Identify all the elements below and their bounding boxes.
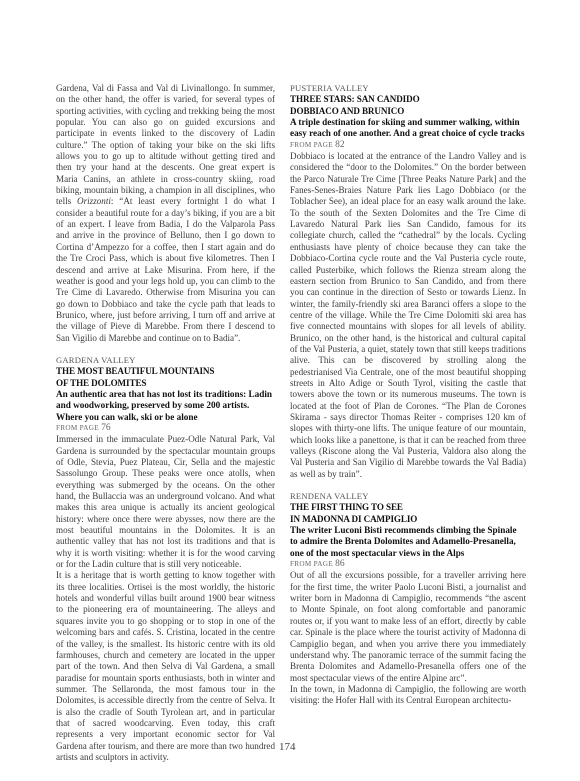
headline-line: in Madonna di Campiglio — [290, 514, 526, 525]
headline-line: Dobbiaco and Brunico — [290, 106, 526, 117]
page-reference-number: 76 — [101, 423, 111, 433]
section-headline: The most beautiful mountains of the Dolo… — [56, 366, 275, 389]
body-paragraph: It is a heritage that is worth getting t… — [56, 570, 275, 763]
body-paragraph: Out of all the excursions possible, for … — [290, 570, 526, 683]
page-reference-number: 82 — [335, 140, 345, 150]
headline-line: The most beautiful mountains — [56, 366, 275, 377]
page-reference: From page 86 — [290, 559, 526, 570]
body-paragraph: Dobbiaco is located at the entrance of t… — [290, 151, 526, 480]
section-standfirst: An authentic area that has not lost its … — [56, 389, 275, 423]
section-standfirst: A triple destination for skiing and summ… — [290, 117, 526, 140]
intro-paragraph: Gardena, Val di Fassa and Val di Livinal… — [56, 83, 275, 344]
intro-text-continued: : “At least every fortnight I do what I … — [56, 196, 275, 342]
gardena-section: Gardena Valley The most beautiful mounta… — [56, 355, 275, 763]
page-reference-label: From page — [56, 424, 99, 432]
body-paragraph: In the town, in Madonna di Campiglio, th… — [290, 684, 526, 707]
section-kicker: Rendena Valley — [290, 491, 526, 502]
section-headline: The first thing to see in Madonna di Cam… — [290, 502, 526, 525]
intro-text: Gardena, Val di Fassa and Val di Livinal… — [56, 83, 275, 206]
page-reference-label: From page — [290, 560, 333, 568]
left-column: Gardena, Val di Fassa and Val di Livinal… — [56, 83, 275, 763]
page-reference: From page 82 — [290, 140, 526, 151]
page-reference-label: From page — [290, 141, 333, 149]
section-standfirst: The writer Luconi Bisti recommends climb… — [290, 525, 526, 559]
section-kicker: Gardena Valley — [56, 355, 275, 366]
section-headline: Three stars: San Candido Dobbiaco and Br… — [290, 94, 526, 117]
rendena-section: Rendena Valley The first thing to see in… — [290, 491, 526, 707]
page-reference-number: 86 — [335, 559, 345, 569]
publication-name: Orizzonti — [77, 196, 111, 206]
headline-line: of the Dolomites — [56, 378, 275, 389]
body-paragraph: Immersed in the immaculate Puez-Odle Nat… — [56, 434, 275, 570]
headline-line: The first thing to see — [290, 502, 526, 513]
right-column: Pusteria Valley Three stars: San Candido… — [290, 83, 526, 707]
headline-line: Three stars: San Candido — [290, 94, 526, 105]
section-kicker: Pusteria Valley — [290, 83, 526, 94]
page-number: 174 — [279, 741, 296, 753]
pusteria-section: Pusteria Valley Three stars: San Candido… — [290, 83, 526, 480]
page-reference: From page 76 — [56, 423, 275, 434]
